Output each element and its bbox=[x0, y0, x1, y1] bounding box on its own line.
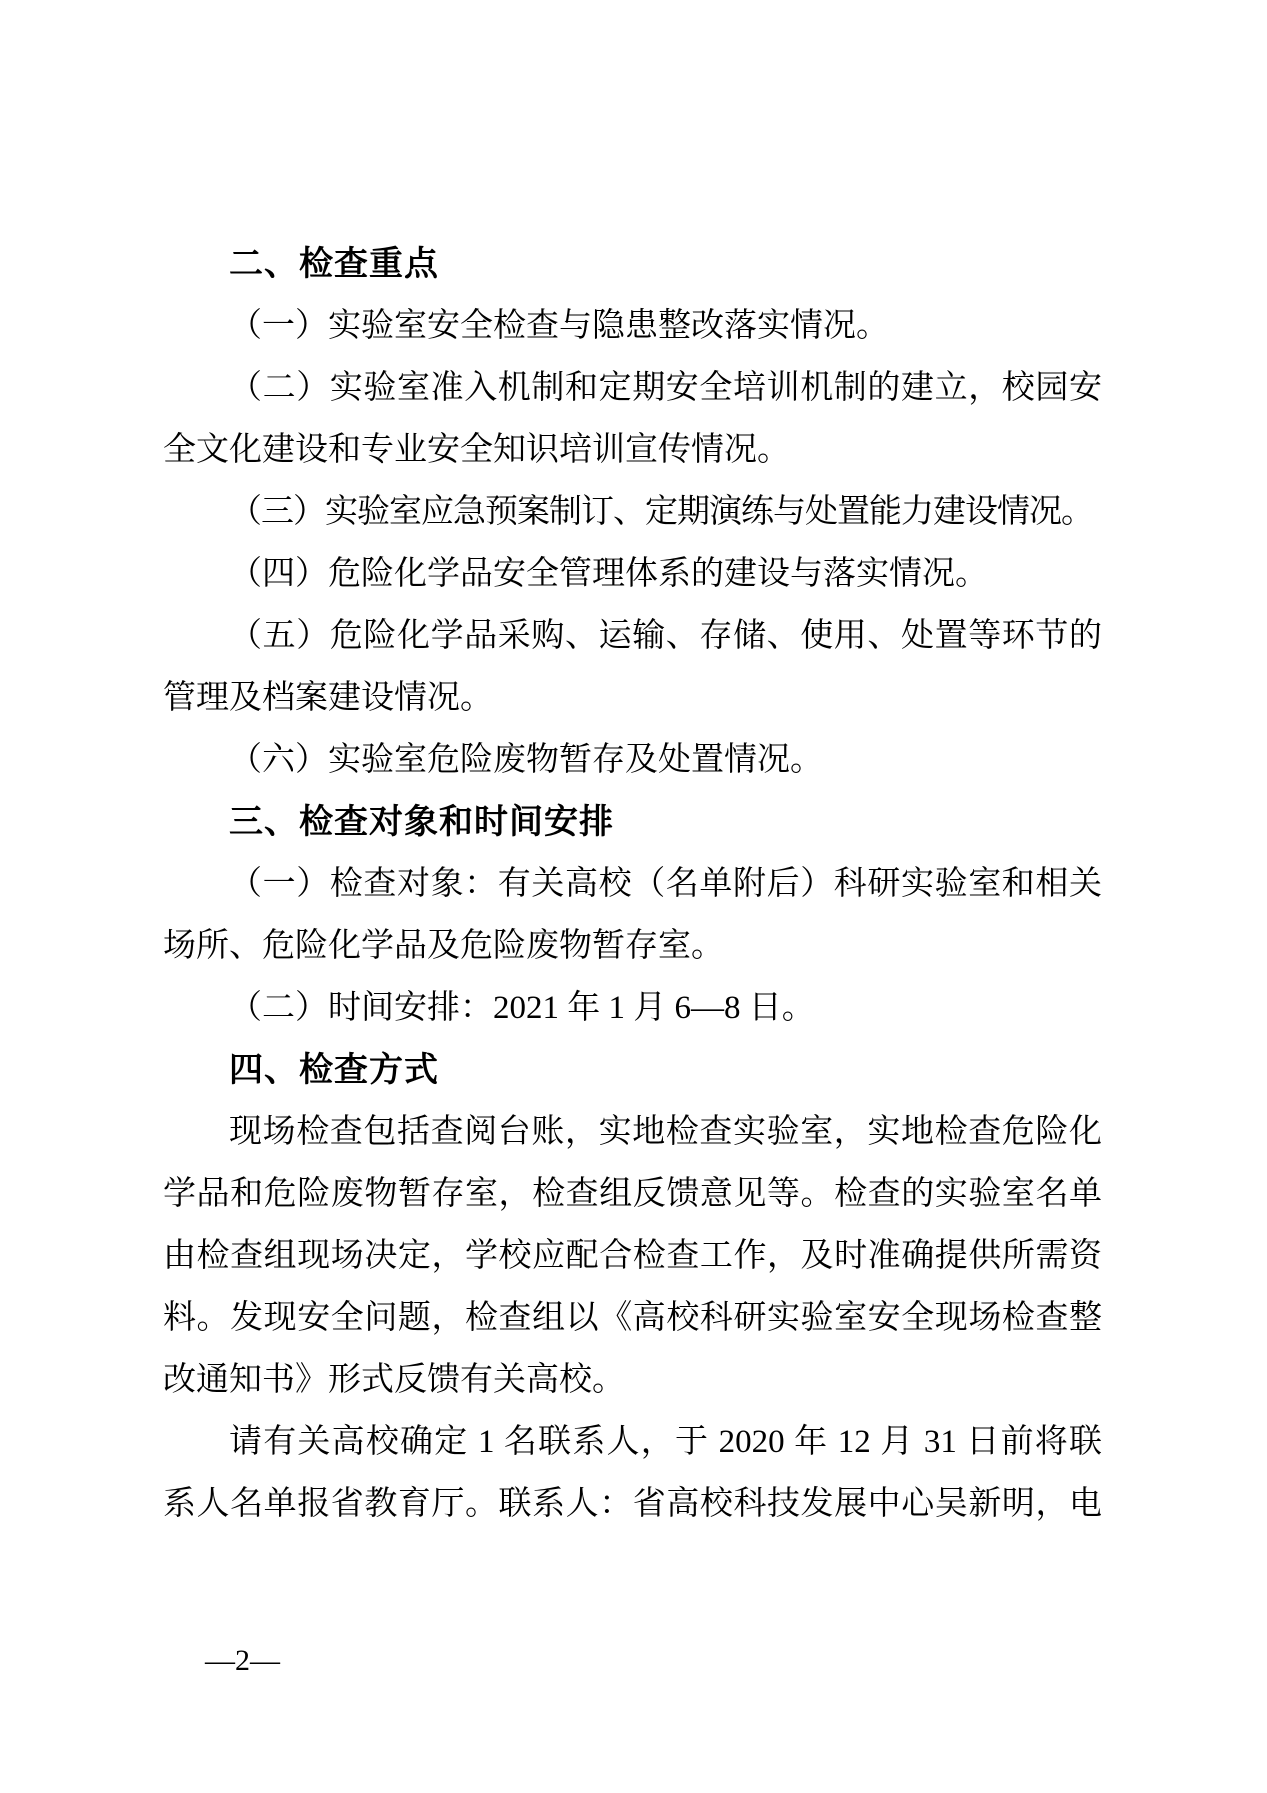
document-line: （一）检查对象：有关高校（名单附后）科研实验室和相关 bbox=[163, 853, 1102, 915]
document-line: 系人名单报省教育厅。联系人：省高校科技发展中心吴新明，电 bbox=[163, 1473, 1102, 1535]
page-number: —2— bbox=[205, 1643, 280, 1679]
document-line: （二）时间安排：2021 年 1 月 6—8 日。 bbox=[163, 977, 1102, 1039]
document-line: 料。发现安全问题，检查组以《高校科研实验室安全现场检查整 bbox=[163, 1287, 1102, 1349]
document-line: 管理及档案建设情况。 bbox=[163, 667, 1102, 729]
section-heading: 二、检查重点 bbox=[163, 233, 1102, 295]
document-line: （三）实验室应急预案制订、定期演练与处置能力建设情况。 bbox=[163, 481, 1102, 543]
document-page: 二、检查重点（一）实验室安全检查与隐患整改落实情况。（二）实验室准入机制和定期安… bbox=[0, 0, 1267, 1793]
document-line: 场所、危险化学品及危险废物暂存室。 bbox=[163, 915, 1102, 977]
section-heading: 四、检查方式 bbox=[163, 1039, 1102, 1101]
document-line: （四）危险化学品安全管理体系的建设与落实情况。 bbox=[163, 543, 1102, 605]
document-line: 请有关高校确定 1 名联系人，于 2020 年 12 月 31 日前将联 bbox=[163, 1411, 1102, 1473]
document-line: （六）实验室危险废物暂存及处置情况。 bbox=[163, 729, 1102, 791]
document-line: （二）实验室准入机制和定期安全培训机制的建立，校园安 bbox=[163, 357, 1102, 419]
document-lines: 二、检查重点（一）实验室安全检查与隐患整改落实情况。（二）实验室准入机制和定期安… bbox=[163, 233, 1102, 1535]
document-line: 全文化建设和专业安全知识培训宣传情况。 bbox=[163, 419, 1102, 481]
document-line: 改通知书》形式反馈有关高校。 bbox=[163, 1349, 1102, 1411]
document-line: 由检查组现场决定，学校应配合检查工作，及时准确提供所需资 bbox=[163, 1225, 1102, 1287]
document-line: 现场检查包括查阅台账，实地检查实验室，实地检查危险化 bbox=[163, 1101, 1102, 1163]
document-line: （五）危险化学品采购、运输、存储、使用、处置等环节的 bbox=[163, 605, 1102, 667]
section-heading: 三、检查对象和时间安排 bbox=[163, 791, 1102, 853]
document-line: （一）实验室安全检查与隐患整改落实情况。 bbox=[163, 295, 1102, 357]
document-line: 学品和危险废物暂存室，检查组反馈意见等。检查的实验室名单 bbox=[163, 1163, 1102, 1225]
